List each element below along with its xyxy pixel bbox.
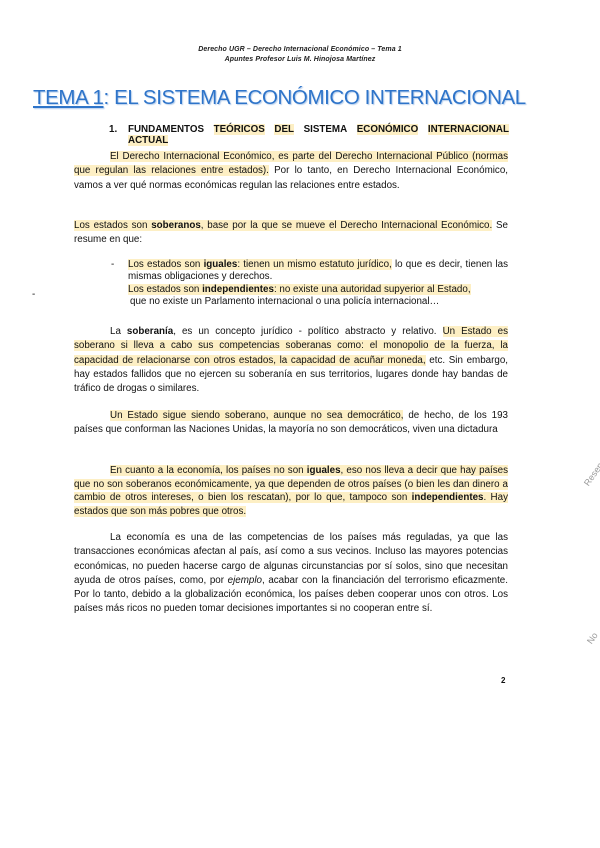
paragraph-text: , base por la que se mueve el Derecho In… [201, 220, 492, 231]
heading-word: DEL [274, 124, 294, 135]
stray-dash: - [32, 289, 35, 300]
highlighted-text: En cuanto a la economía, los países no s… [74, 465, 508, 517]
title-topic-number: TEMA 1 [33, 86, 104, 109]
paragraph-text: : tienen un mismo estatuto jurídico, [237, 259, 391, 270]
highlighted-text: Los estados son soberanos, base por la q… [74, 220, 492, 231]
highlighted-text: Los estados son iguales: tienen un mismo… [128, 259, 392, 270]
bullet-item: Los estados son independientes: no exist… [111, 284, 508, 309]
paragraph-text: Los estados son [128, 284, 202, 295]
paragraph-4: Un Estado sigue siendo soberano, aunque … [74, 409, 508, 438]
heading-word: SISTEMA [304, 124, 348, 135]
page-number: 2 [501, 676, 505, 685]
paragraph-text: Los estados son [128, 259, 204, 270]
paragraph-text: que no existe un Parlamento internaciona… [128, 296, 439, 307]
paragraph-5: En cuanto a la economía, los países no s… [74, 464, 508, 518]
section-number: 1. [109, 124, 128, 135]
running-header-line2: Apuntes Profesor Luis M. Hinojosa Martín… [0, 55, 600, 65]
paragraph-text: Los estados son [74, 220, 151, 231]
bullet-list: - Los estados son iguales: tienen un mis… [111, 259, 508, 309]
title-topic-name: : EL SISTEMA ECONÓMICO INTERNACIONAL [104, 86, 526, 109]
document-page: Derecho UGR – Derecho Internacional Econ… [0, 0, 600, 848]
paragraph-text: En cuanto a la economía, los países no s… [110, 465, 307, 476]
watermark-text: Reserv [582, 459, 600, 488]
bullet-dash: - [111, 259, 114, 271]
watermark-text: No [585, 631, 600, 646]
running-header-line1: Derecho UGR – Derecho Internacional Econ… [0, 45, 600, 55]
paragraph-6: La economía es una de las competencias d… [74, 531, 508, 617]
paragraph-1: El Derecho Internacional Económico, es p… [74, 150, 508, 193]
italic-term: ejemplo [228, 575, 262, 586]
paragraph-text: La [110, 326, 127, 337]
bold-term: iguales [307, 465, 341, 476]
heading-word: FUNDAMENTOS [128, 124, 204, 135]
paragraph-text: , es un concepto jurídico - político abs… [173, 326, 442, 337]
bold-term: soberanía [127, 326, 173, 337]
page-title: TEMA 1: EL SISTEMA ECONÓMICO INTERNACION… [33, 86, 526, 110]
heading-word: INTERNACIONAL [428, 124, 509, 135]
heading-word: TEÓRICOS [214, 124, 265, 135]
highlighted-text: Un Estado sigue siendo soberano, aunque … [110, 410, 403, 421]
bullet-item: - Los estados son iguales: tienen un mis… [111, 259, 508, 284]
heading-word: ECONÓMICO [357, 124, 419, 135]
bold-term: independientes [412, 492, 484, 503]
running-header: Derecho UGR – Derecho Internacional Econ… [0, 45, 600, 65]
bold-term: independientes [202, 284, 274, 295]
paragraph-text: : no existe una autoridad supyerior al E… [274, 284, 471, 295]
paragraph-3: La soberanía, es un concepto jurídico - … [74, 325, 508, 396]
highlighted-text: Los estados son independientes: no exist… [128, 284, 471, 295]
heading-line2: ACTUAL [128, 135, 168, 146]
paragraph-2: Los estados son soberanos, base por la q… [74, 219, 508, 248]
bold-term: iguales [204, 259, 238, 270]
section-heading: 1.FUNDAMENTOS TEÓRICOS DEL SISTEMA ECONÓ… [109, 124, 509, 146]
bold-term: soberanos [151, 220, 201, 231]
